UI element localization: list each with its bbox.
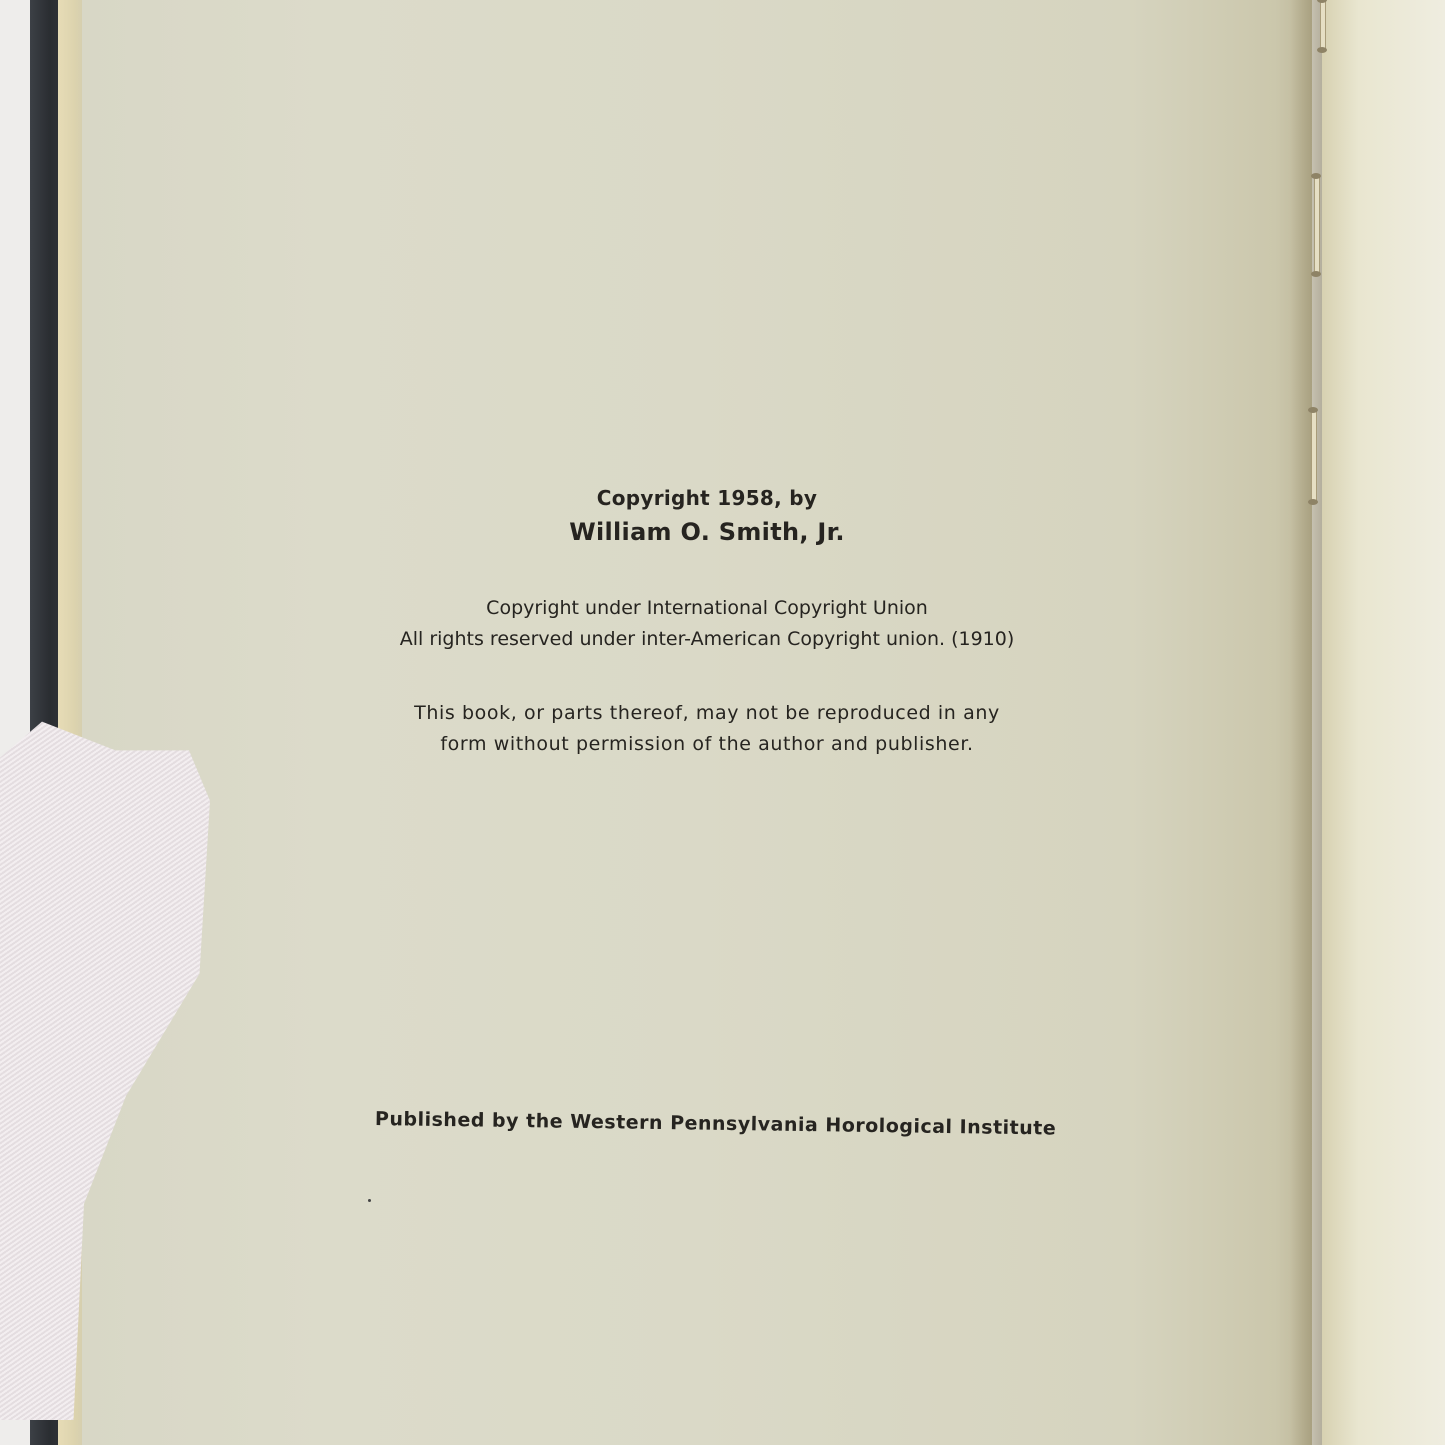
- facing-page: [1322, 0, 1445, 1445]
- reproduction-notice-line-2: form without permission of the author an…: [82, 733, 1332, 755]
- copyright-year-line: Copyright 1958, by: [82, 486, 1332, 510]
- binding-stitch: [1320, 0, 1326, 50]
- rights-reserved-notice: All rights reserved under inter-American…: [82, 628, 1332, 650]
- reproduction-notice-line-1: This book, or parts thereof, may not be …: [82, 702, 1332, 724]
- author-name: William O. Smith, Jr.: [82, 518, 1332, 546]
- binding-stitch: [1314, 176, 1320, 274]
- ink-speck: [368, 1199, 371, 1202]
- international-copyright-notice: Copyright under International Copyright …: [82, 597, 1332, 619]
